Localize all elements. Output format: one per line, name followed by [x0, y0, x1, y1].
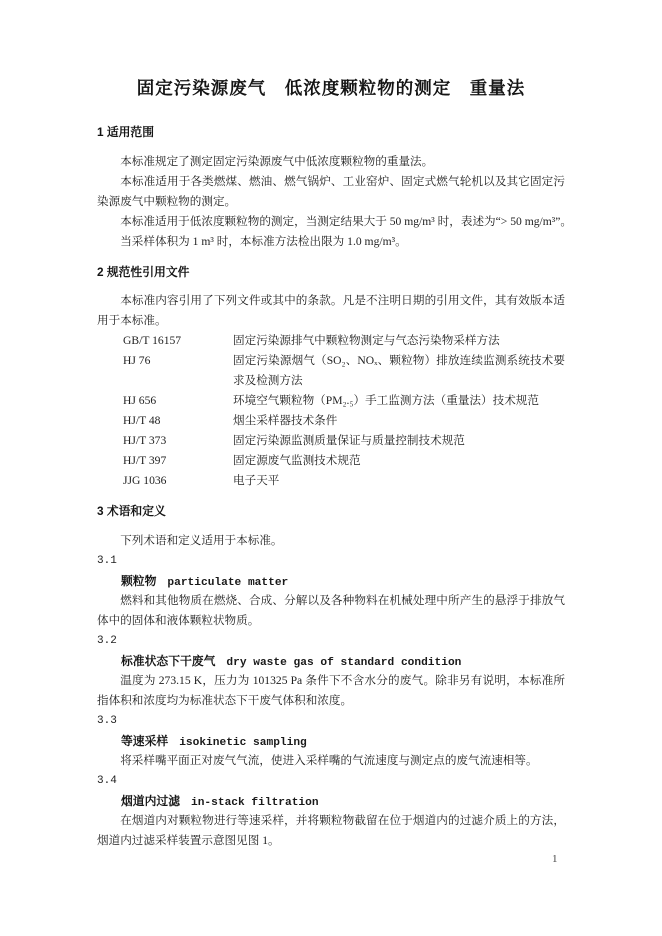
- term-name-zh: 等速采样: [121, 734, 168, 748]
- reference-code: HJ 76: [123, 351, 233, 371]
- term-number: 3.2: [97, 631, 565, 651]
- reference-title: 环境空气颗粒物（PM₂.₅）手工监测方法（重量法）技术规范: [233, 391, 565, 411]
- references-intro-paragraph: 本标准内容引用了下列文件或其中的条款。凡是不注明日期的引用文件，其有效版本适用于…: [97, 291, 565, 331]
- term-heading: 颗粒物particulate matter: [97, 571, 565, 591]
- term-heading: 烟道内过滤in-stack filtration: [97, 791, 565, 811]
- term-heading: 等速采样isokinetic sampling: [97, 731, 565, 751]
- term-block: 3.4 烟道内过滤in-stack filtration 在烟道内对颗粒物进行等…: [97, 771, 565, 851]
- reference-title: 烟尘采样器技术条件: [233, 411, 565, 431]
- reference-code: HJ/T 373: [123, 431, 233, 451]
- term-block: 3.3 等速采样isokinetic sampling 将采样嘴平面正对废气气流…: [97, 711, 565, 771]
- reference-item: GB/T 16157 固定污染源排气中颗粒物测定与气态污染物采样方法: [123, 331, 565, 351]
- term-name-en: in-stack filtration: [191, 797, 319, 809]
- reference-item: HJ/T 397 固定源废气监测技术规范: [123, 451, 565, 471]
- term-number: 3.1: [97, 551, 565, 571]
- reference-code: HJ/T 48: [123, 411, 233, 431]
- term-name-en: dry waste gas of standard condition: [226, 657, 461, 669]
- term-name-zh: 烟道内过滤: [121, 794, 180, 808]
- term-block: 3.1 颗粒物particulate matter 燃料和其他物质在燃烧、合成、…: [97, 551, 565, 631]
- reference-title: 固定污染源排气中颗粒物测定与气态污染物采样方法: [233, 331, 565, 351]
- reference-title: 固定污染源监测质量保证与质量控制技术规范: [233, 431, 565, 451]
- page-number: 1: [552, 851, 558, 867]
- reference-title: 电子天平: [233, 471, 565, 491]
- document-title: 固定污染源废气 低浓度颗粒物的测定 重量法: [97, 75, 565, 101]
- reference-title: 固定污染源烟气（SO₂、NOₓ、颗粒物）排放连续监测系统技术要求及检测方法: [233, 351, 565, 391]
- reference-item: HJ 656 环境空气颗粒物（PM₂.₅）手工监测方法（重量法）技术规范: [123, 391, 565, 411]
- term-definition: 将采样嘴平面正对废气气流，使进入采样嘴的气流速度与测定点的废气流速相等。: [97, 751, 565, 771]
- section-3-heading: 3 术语和定义: [97, 501, 565, 521]
- term-number: 3.3: [97, 711, 565, 731]
- section-1-heading: 1 适用范围: [97, 122, 565, 142]
- reference-item: HJ/T 48 烟尘采样器技术条件: [123, 411, 565, 431]
- reference-code: GB/T 16157: [123, 331, 233, 351]
- section-scope: 1 适用范围 本标准规定了测定固定污染源废气中低浓度颗粒物的重量法。 本标准适用…: [97, 122, 565, 252]
- reference-item: JJG 1036 电子天平: [123, 471, 565, 491]
- reference-code: HJ/T 397: [123, 451, 233, 471]
- term-name-zh: 颗粒物: [121, 574, 156, 588]
- reference-code: HJ 656: [123, 391, 233, 411]
- scope-paragraph-4: 当采样体积为 1 m³ 时，本标准方法检出限为 1.0 mg/m³。: [97, 232, 565, 252]
- term-definition: 在烟道内对颗粒物进行等速采样，并将颗粒物截留在位于烟道内的过滤介质上的方法，烟道…: [97, 811, 565, 851]
- term-heading: 标准状态下干废气dry waste gas of standard condit…: [97, 651, 565, 671]
- term-block: 3.2 标准状态下干废气dry waste gas of standard co…: [97, 631, 565, 711]
- terms-intro-paragraph: 下列术语和定义适用于本标准。: [97, 531, 565, 551]
- section-2-heading: 2 规范性引用文件: [97, 262, 565, 282]
- reference-item: HJ/T 373 固定污染源监测质量保证与质量控制技术规范: [123, 431, 565, 451]
- term-number: 3.4: [97, 771, 565, 791]
- term-definition: 燃料和其他物质在燃烧、合成、分解以及各种物料在机械处理中所产生的悬浮于排放气体中…: [97, 591, 565, 631]
- scope-paragraph-3: 本标准适用于低浓度颗粒物的测定，当测定结果大于 50 mg/m³ 时，表述为“>…: [97, 212, 565, 232]
- term-name-zh: 标准状态下干废气: [121, 654, 215, 668]
- term-name-en: isokinetic sampling: [179, 737, 307, 749]
- reference-code: JJG 1036: [123, 471, 233, 491]
- term-definition: 温度为 273.15 K，压力为 101325 Pa 条件下不含水分的废气。除非…: [97, 671, 565, 711]
- term-name-en: particulate matter: [167, 577, 288, 589]
- scope-paragraph-1: 本标准规定了测定固定污染源废气中低浓度颗粒物的重量法。: [97, 152, 565, 172]
- scope-paragraph-2: 本标准适用于各类燃煤、燃油、燃气锅炉、工业窑炉、固定式燃气轮机以及其它固定污染源…: [97, 172, 565, 212]
- reference-item: HJ 76 固定污染源烟气（SO₂、NOₓ、颗粒物）排放连续监测系统技术要求及检…: [123, 351, 565, 391]
- section-normative-references: 2 规范性引用文件 本标准内容引用了下列文件或其中的条款。凡是不注明日期的引用文…: [97, 262, 565, 492]
- reference-title: 固定源废气监测技术规范: [233, 451, 565, 471]
- document-page: 固定污染源废气 低浓度颗粒物的测定 重量法 1 适用范围 本标准规定了测定固定污…: [0, 0, 662, 936]
- section-terms-and-definitions: 3 术语和定义 下列术语和定义适用于本标准。 3.1 颗粒物particulat…: [97, 501, 565, 851]
